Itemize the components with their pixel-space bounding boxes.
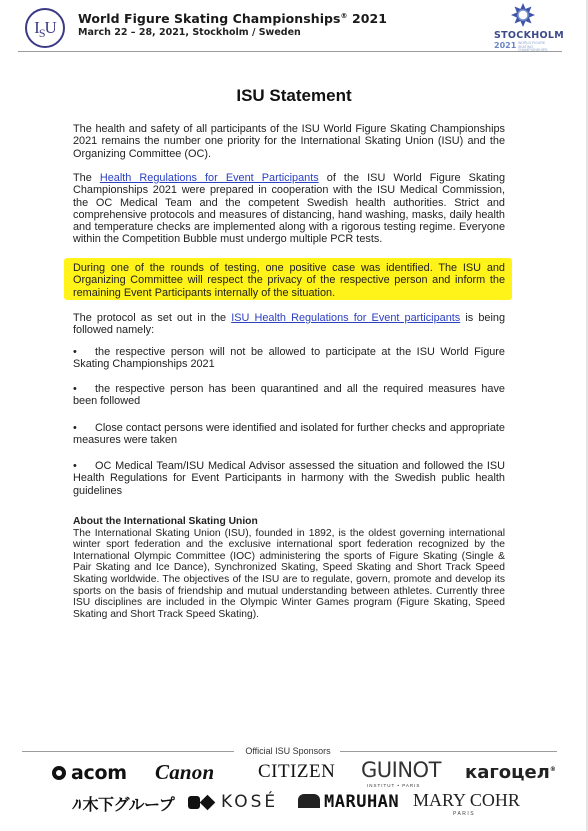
document-title: ISU Statement <box>0 86 588 106</box>
bullet-item: •OC Medical Team/ISU Medical Advisor ass… <box>73 460 505 497</box>
kose-diamond-icon <box>200 795 216 811</box>
acom-mark-icon <box>52 766 66 780</box>
bullet-text: the respective person will not be allowe… <box>73 346 505 370</box>
sponsor-logo-kagocel: кагоцел® <box>465 762 556 783</box>
isu-health-regulations-link[interactable]: ISU Health Regulations for Event partici… <box>231 312 460 324</box>
registered-mark: ® <box>341 12 348 20</box>
document-header: ISU World Figure Skating Championships® … <box>0 0 588 56</box>
bullet-icon: • <box>73 460 95 472</box>
event-title: World Figure Skating Championships® 2021 <box>78 11 387 26</box>
sponsor-logo-guinot-sub: INSTITUT • PARIS <box>367 783 420 788</box>
sponsors-divider-left <box>22 751 234 752</box>
sponsor-logo-guinot: GUINOT <box>361 758 441 782</box>
highlighted-positive-case-text: During one of the rounds of testing, one… <box>73 262 505 299</box>
header-divider <box>18 51 562 52</box>
event-dates-location: March 22 – 28, 2021, Stockholm / Sweden <box>78 27 301 38</box>
stockholm-logo-year: 2021 <box>494 41 516 50</box>
sponsor-logo-mary-cohr-sub: PARIS <box>453 811 475 817</box>
paragraph-priority: The health and safety of all participant… <box>73 123 505 160</box>
maruhan-mark-icon <box>298 794 320 808</box>
sponsor-logo-kose: KOSÉ <box>188 792 278 812</box>
kose-square-icon <box>188 796 200 809</box>
about-text: The International Skating Union (ISU), f… <box>73 528 505 621</box>
bullet-item: •Close contact persons were identified a… <box>73 422 505 447</box>
bullet-text: Close contact persons were identified an… <box>73 422 505 446</box>
bullet-text: the respective person has been quarantin… <box>73 383 505 407</box>
paragraph-priority-text: The health and safety of all participant… <box>73 123 505 160</box>
stockholm-2021-logo: STOCKHOLM 2021 WORLD FIGURE SKATING CHAM… <box>490 2 562 50</box>
paragraph-regulations: The Health Regulations for Event Partici… <box>73 172 505 246</box>
health-regulations-link[interactable]: Health Regulations for Event Participant… <box>100 172 319 184</box>
event-title-text: World Figure Skating Championships <box>78 11 341 26</box>
paragraph-protocol: The protocol as set out in the ISU Healt… <box>73 312 505 337</box>
bullet-icon: • <box>73 383 95 395</box>
about-heading: About the International Skating Union <box>73 516 505 528</box>
snowflake-star-icon <box>510 2 536 28</box>
paragraph-regulations-text: The Health Regulations for Event Partici… <box>73 172 505 246</box>
sponsor-logo-citizen: CITIZEN <box>258 761 335 783</box>
bullet-item: •the respective person has been quaranti… <box>73 383 505 408</box>
paragraph-positive-case: During one of the rounds of testing, one… <box>73 262 505 299</box>
isu-logo: ISU <box>25 8 65 48</box>
sponsor-logo-canon: Canon <box>155 760 214 785</box>
sponsors-label: Official ISU Sponsors <box>236 746 340 756</box>
paragraph-protocol-text: The protocol as set out in the ISU Healt… <box>73 312 505 337</box>
bullet-text: OC Medical Team/ISU Medical Advisor asse… <box>73 460 505 497</box>
event-year: 2021 <box>352 11 387 26</box>
bullet-icon: • <box>73 422 95 434</box>
sponsor-logo-maruhan: MARUHAN <box>298 792 399 812</box>
bullet-item: •the respective person will not be allow… <box>73 346 505 371</box>
bullet-icon: • <box>73 346 95 358</box>
about-section: About the International Skating Union Th… <box>73 516 505 620</box>
sponsor-logo-acom: acom <box>52 762 127 784</box>
sponsors-divider-right <box>340 751 557 752</box>
stockholm-logo-name: STOCKHOLM <box>494 30 564 41</box>
sponsor-logo-mary-cohr: MARY COHR <box>413 790 520 811</box>
sponsor-logo-kinoshita: ﾊ木下グループ <box>72 792 174 815</box>
